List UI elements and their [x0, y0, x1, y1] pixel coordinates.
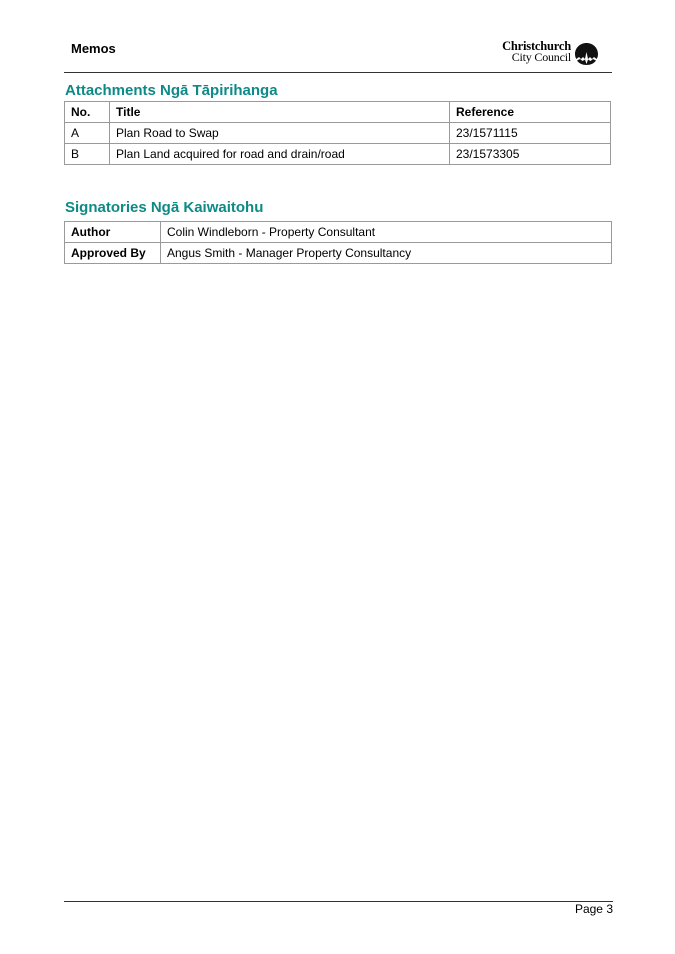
- column-header-no: No.: [65, 102, 110, 123]
- page-number: Page 3: [575, 902, 613, 916]
- document-section-title: Memos: [71, 41, 116, 56]
- council-logo: Christchurch City Council: [499, 41, 599, 67]
- signatory-label: Author: [65, 222, 161, 243]
- column-header-reference: Reference: [450, 102, 611, 123]
- attachment-title: Plan Road to Swap: [110, 123, 450, 144]
- christchurch-cathedral-logo-icon: [574, 42, 599, 66]
- signatory-value: Colin Windleborn - Property Consultant: [161, 222, 612, 243]
- table-row: Author Colin Windleborn - Property Consu…: [65, 222, 612, 243]
- header-divider: [64, 72, 612, 73]
- signatories-table: Author Colin Windleborn - Property Consu…: [64, 221, 612, 264]
- attachments-table: No. Title Reference A Plan Road to Swap …: [64, 101, 611, 165]
- signatories-heading: Signatories Ngā Kaiwaitohu: [65, 199, 263, 216]
- table-row: Approved By Angus Smith - Manager Proper…: [65, 243, 612, 264]
- attachment-reference: 23/1571115: [450, 123, 611, 144]
- signatory-label: Approved By: [65, 243, 161, 264]
- table-header-row: No. Title Reference: [65, 102, 611, 123]
- table-row: A Plan Road to Swap 23/1571115: [65, 123, 611, 144]
- attachment-reference: 23/1573305: [450, 144, 611, 165]
- signatory-value: Angus Smith - Manager Property Consultan…: [161, 243, 612, 264]
- table-row: B Plan Land acquired for road and drain/…: [65, 144, 611, 165]
- logo-line-2: City Council: [502, 52, 571, 63]
- attachment-no: A: [65, 123, 110, 144]
- attachment-no: B: [65, 144, 110, 165]
- footer-divider: [64, 901, 613, 902]
- attachment-title: Plan Land acquired for road and drain/ro…: [110, 144, 450, 165]
- column-header-title: Title: [110, 102, 450, 123]
- attachments-heading: Attachments Ngā Tāpirihanga: [65, 82, 278, 99]
